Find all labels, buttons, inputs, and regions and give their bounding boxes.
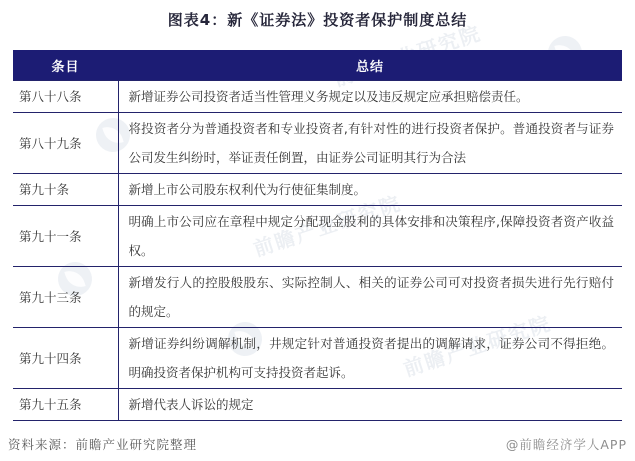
summary-cell: 明确上市公司应在章程中规定分配现金股利的具体安排和决策程序,保障投资者资产收益权… (118, 206, 622, 267)
item-cell: 第八十八条 (13, 81, 118, 113)
footer: 资料来源：前瞻产业研究院整理 @前瞻经济学人APP (8, 435, 627, 453)
column-header-summary: 总结 (118, 50, 622, 81)
table-row: 第九十三条 新增发行人的控股般股东、实际控制人、相关的证券公司可对投资者损失进行… (13, 267, 622, 328)
item-cell: 第九十五条 (13, 389, 118, 421)
data-source-label: 资料来源：前瞻产业研究院整理 (8, 435, 197, 453)
summary-cell: 新增代表人诉讼的规定 (118, 389, 622, 421)
table-header-row: 条目 总结 (13, 50, 622, 81)
item-cell: 第九十四条 (13, 328, 118, 389)
summary-cell: 新增发行人的控股般股东、实际控制人、相关的证券公司可对投资者损失进行先行赔付的规… (118, 267, 622, 328)
page-title: 图表4：新《证券法》投资者保护制度总结 (0, 9, 635, 30)
summary-cell: 将投资者分为普通投资者和专业投资者,有针对性的进行投资者保护。普通投资者与证券公… (118, 113, 622, 174)
table-row: 第九十条 新增上市公司股东权利代为行使征集制度。 (13, 174, 622, 206)
table-row: 第八十九条 将投资者分为普通投资者和专业投资者,有针对性的进行投资者保护。普通投… (13, 113, 622, 174)
item-cell: 第九十条 (13, 174, 118, 206)
table-row: 第八十八条 新增证券公司投资者适当性管理义务规定以及违反规定应承担赔偿责任。 (13, 81, 622, 113)
table-row: 第九十一条 明确上市公司应在章程中规定分配现金股利的具体安排和决策程序,保障投资… (13, 206, 622, 267)
column-header-item: 条目 (13, 50, 118, 81)
summary-cell: 新增证券纠纷调解机制，井规定针对普通投资者提出的调解请求，证券公司不得拒绝。明确… (118, 328, 622, 389)
table-row: 第九十五条 新增代表人诉讼的规定 (13, 389, 622, 421)
table-row: 第九十四条 新增证券纠纷调解机制，井规定针对普通投资者提出的调解请求，证券公司不… (13, 328, 622, 389)
app-credit-label: @前瞻经济学人APP (506, 435, 627, 453)
investor-protection-table: 条目 总结 第八十八条 新增证券公司投资者适当性管理义务规定以及违反规定应承担赔… (13, 50, 622, 421)
summary-cell: 新增上市公司股东权利代为行使征集制度。 (118, 174, 622, 206)
item-cell: 第九十三条 (13, 267, 118, 328)
item-cell: 第八十九条 (13, 113, 118, 174)
summary-cell: 新增证券公司投资者适当性管理义务规定以及违反规定应承担赔偿责任。 (118, 81, 622, 113)
item-cell: 第九十一条 (13, 206, 118, 267)
